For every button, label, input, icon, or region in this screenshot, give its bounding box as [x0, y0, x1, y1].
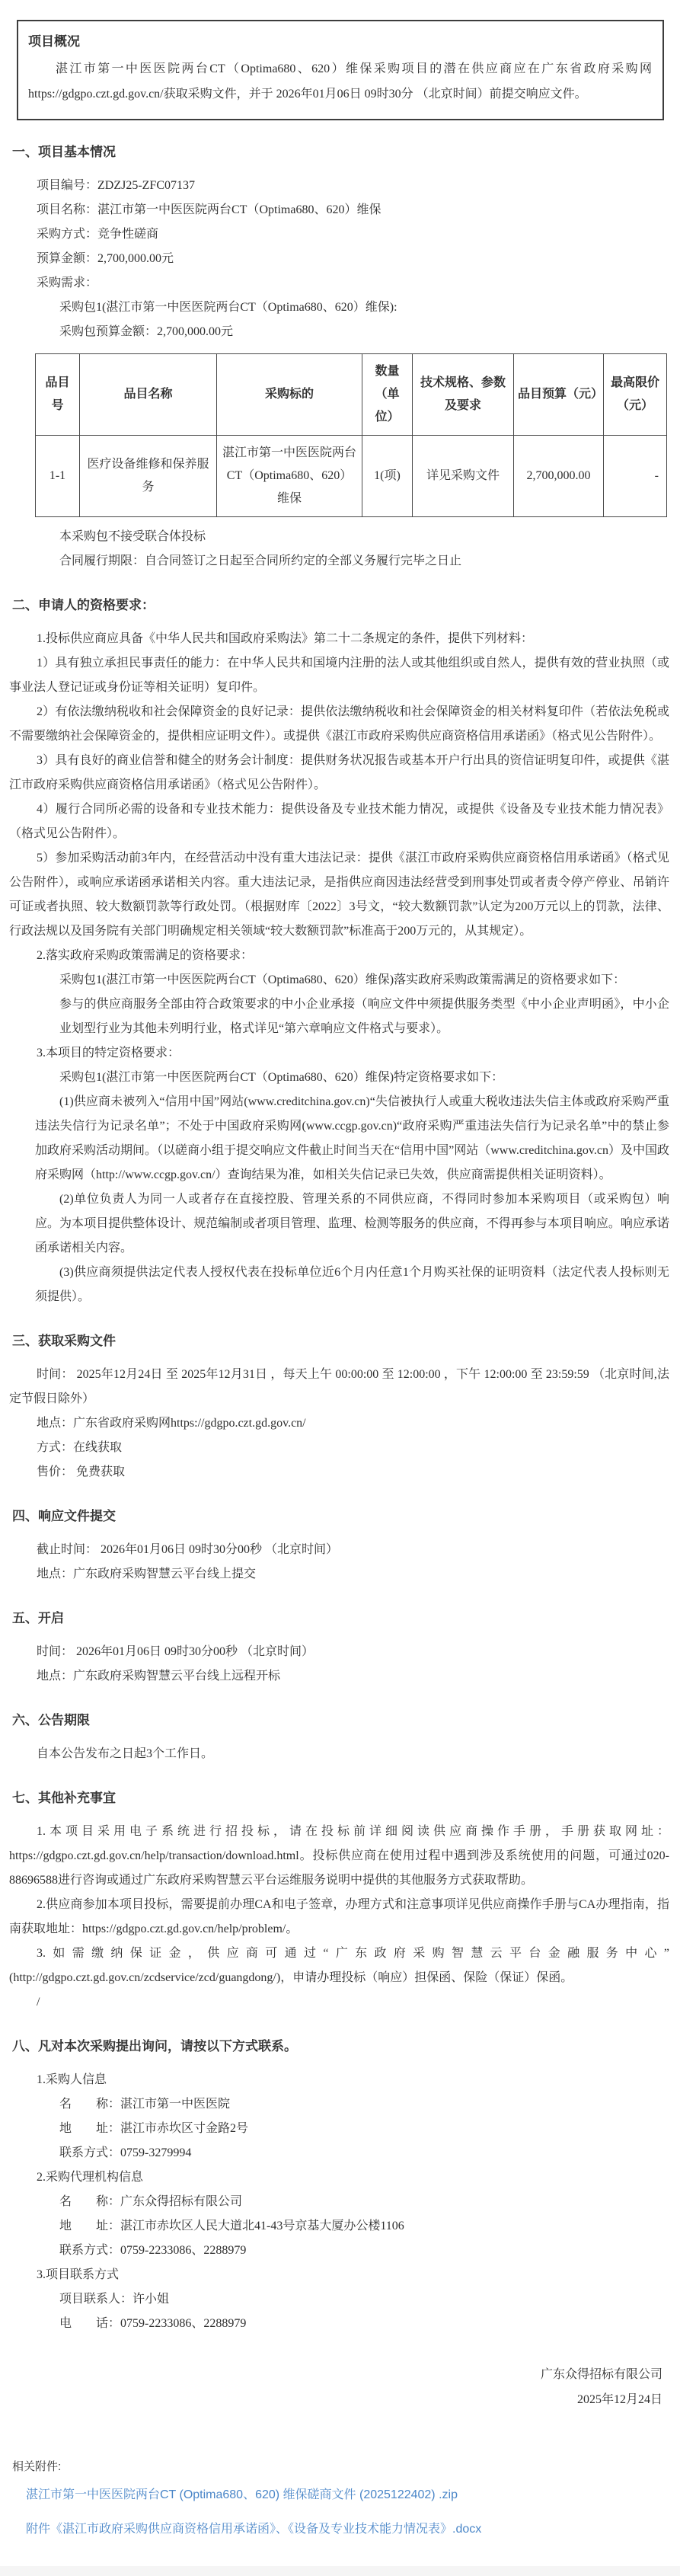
text-line: 参与的供应商服务全部由符合政策要求的中小企业承接（响应文件中须提供服务类型《中小… [9, 992, 669, 1041]
text-line: (1)供应商未被列入“信用中国”网站(www.creditchina.gov.c… [9, 1090, 669, 1187]
table-header-row: 品目号 品目名称 采购标的 数量（单位） 技术规格、参数及要求 品目预算（元） … [36, 354, 667, 436]
items-table: 品目号 品目名称 采购标的 数量（单位） 技术规格、参数及要求 品目预算（元） … [35, 353, 667, 517]
section-2-heading: 二、申请人的资格要求： [12, 596, 669, 615]
text-line: 项目编号：ZDZJ25-ZFC07137 [9, 174, 669, 198]
text-line: 联系方式：0759-3279994 [9, 2141, 669, 2165]
table-cell-budget: 2,700,000.00 [514, 436, 604, 517]
project-overview-box: 项目概况 湛江市第一中医医院两台CT（Optima680、620）维保采购项目的… [17, 20, 664, 120]
text-line: 采购方式：竞争性磋商 [9, 222, 669, 247]
text-line: 售价： 免费获取 [9, 1460, 669, 1485]
section-1-heading: 一、项目基本情况 [12, 143, 669, 161]
procurement-announcement-page: 项目概况 湛江市第一中医医院两台CT（Optima680、620）维保采购项目的… [0, 0, 680, 2576]
text-line: 3.本项目的特定资格要求： [9, 1041, 669, 1066]
section-opening: 五、开启 时间： 2026年01月06日 09时30分00秒 （北京时间）地点：… [0, 1609, 680, 1689]
table-header-cell: 品目名称 [80, 354, 217, 436]
section-8-heading: 八、凡对本次采购提出询问，请按以下方式联系。 [12, 2037, 669, 2056]
section-contact-info: 八、凡对本次采购提出询问，请按以下方式联系。 1.采购人信息名 称：湛江市第一中… [0, 2037, 680, 2336]
attachments-label: 相关附件: [12, 2456, 669, 2478]
text-line: 1.投标供应商应具备《中华人民共和国政府采购法》第二十二条规定的条件，提供下列材… [9, 627, 669, 651]
text-line: 采购包1(湛江市第一中医医院两台CT（Optima680、620）维保): [9, 296, 669, 320]
overview-title: 项目概况 [28, 30, 652, 53]
section-response-submission: 四、响应文件提交 截止时间： 2026年01月06日 09时30分00秒 （北京… [0, 1507, 680, 1587]
text-line: 1.本项目采用电子系统进行招投标，请在投标前详细阅读供应商操作手册，手册获取网址… [9, 1820, 669, 1893]
signature-date: 2025年12月24日 [0, 2387, 662, 2412]
section-1-lines-a: 项目编号：ZDZJ25-ZFC07137项目名称：湛江市第一中医医院两台CT（O… [0, 174, 680, 344]
text-line: 截止时间： 2026年01月06日 09时30分00秒 （北京时间） [9, 1538, 669, 1562]
section-7-heading: 七、其他补充事宜 [12, 1789, 669, 1807]
section-basic-info: 一、项目基本情况 项目编号：ZDZJ25-ZFC07137项目名称：湛江市第一中… [0, 143, 680, 574]
text-line: 时间： 2026年01月06日 09时30分00秒 （北京时间） [9, 1640, 669, 1664]
section-obtain-documents: 三、获取采购文件 时间： 2025年12月24日 至 2025年12月31日 ，… [0, 1332, 680, 1485]
text-line: 项目名称：湛江市第一中医医院两台CT（Optima680、620）维保 [9, 198, 669, 222]
section-1-lines-b: 本采购包不接受联合体投标合同履行期限：自合同签订之日起至合同所约定的全部义务履行… [0, 525, 680, 574]
text-line: 2.供应商参加本项目投标，需要提前办理CA和电子签章，办理方式和注意事项详见供应… [9, 1893, 669, 1942]
table-cell-subject: 湛江市第一中医医院两台CT（Optima680、620）维保 [217, 436, 362, 517]
table-cell-max-price: - [604, 436, 667, 517]
text-line: 2）有依法缴纳税收和社会保障资金的良好记录：提供依法缴纳税收和社会保障资金的相关… [9, 700, 669, 749]
section-4-heading: 四、响应文件提交 [12, 1507, 669, 1526]
text-line: 预算金额：2,700,000.00元 [9, 247, 669, 271]
signature-block: 广东众得招标有限公司 2025年12月24日 [0, 2362, 662, 2412]
table-header-cell: 采购标的 [217, 354, 362, 436]
text-line: 时间： 2025年12月24日 至 2025年12月31日 ，每天上午 00:0… [9, 1363, 669, 1411]
text-line: 地点：广东政府采购智慧云平台线上提交 [9, 1562, 669, 1587]
text-line: 地点：广东政府采购智慧云平台线上远程开标 [9, 1664, 669, 1689]
footer-band [0, 2566, 680, 2576]
table-row: 1-1 医疗设备维修和保养服务 湛江市第一中医医院两台CT（Optima680、… [36, 436, 667, 517]
section-applicant-qualifications: 二、申请人的资格要求： 1.投标供应商应具备《中华人民共和国政府采购法》第二十二… [0, 596, 680, 1309]
text-line: 自本公告发布之日起3个工作日。 [9, 1742, 669, 1766]
text-line: 3）具有良好的商业信誉和健全的财务会计制度：提供财务状况报告或基本开户行出具的资… [9, 749, 669, 797]
text-line: 3.项目联系方式 [9, 2263, 669, 2287]
overview-body: 湛江市第一中医医院两台CT（Optima680、620）维保采购项目的潜在供应商… [28, 56, 652, 107]
table-header-cell: 品目号 [36, 354, 80, 436]
table-cell-item-no: 1-1 [36, 436, 80, 517]
text-line: 3.如需缴纳保证金，供应商可通过“广东政府采购智慧云平台金融服务中心”(http… [9, 1942, 669, 1990]
text-line: 本采购包不接受联合体投标 [9, 525, 669, 549]
section-3-heading: 三、获取采购文件 [12, 1332, 669, 1350]
table-cell-spec: 详见采购文件 [413, 436, 514, 517]
table-cell-quantity: 1(项) [362, 436, 413, 517]
text-line: 4）履行合同所必需的设备和专业技术能力：提供设备及专业技术能力情况，或提供《设备… [9, 797, 669, 846]
text-line: 方式：在线获取 [9, 1436, 669, 1460]
text-line: 地 址：湛江市赤坎区寸金路2号 [9, 2117, 669, 2141]
section-other-matters: 七、其他补充事宜 1.本项目采用电子系统进行招投标，请在投标前详细阅读供应商操作… [0, 1789, 680, 2015]
text-line: 1.采购人信息 [9, 2068, 669, 2092]
signature-company: 广东众得招标有限公司 [0, 2362, 662, 2387]
attachments-block: 相关附件: 湛江市第一中医医院两台CT (Optima680、620) 维保磋商… [12, 2456, 669, 2546]
table-header-cell: 最高限价（元） [604, 354, 667, 436]
text-line: (2)单位负责人为同一人或者存在直接控股、管理关系的不同供应商，不得同时参加本采… [9, 1187, 669, 1261]
text-line: 2.落实政府采购政策需满足的资格要求： [9, 944, 669, 968]
text-line: 采购包1(湛江市第一中医医院两台CT（Optima680、620）维保)特定资格… [9, 1066, 669, 1090]
section-6-heading: 六、公告期限 [12, 1711, 669, 1730]
attachment-link-zip[interactable]: 湛江市第一中医医院两台CT (Optima680、620) 维保磋商文件 (20… [26, 2478, 669, 2512]
attachment-link-docx[interactable]: 附件《湛江市政府采购供应商资格信用承诺函》、《设备及专业技术能力情况表》.doc… [26, 2512, 669, 2546]
text-line: 项目联系人：许小姐 [9, 2287, 669, 2312]
text-line: 1）具有独立承担民事责任的能力：在中华人民共和国境内注册的法人或其他组织或自然人… [9, 651, 669, 700]
text-line: 名 称：湛江市第一中医医院 [9, 2092, 669, 2117]
text-line: 电 话：0759-2233086、2288979 [9, 2312, 669, 2336]
text-line: (3)供应商须提供法定代表人授权代表在投标单位近6个月内任意1个月购买社保的证明… [9, 1261, 669, 1309]
text-line: 地 址：湛江市赤坎区人民大道北41-43号京基大厦办公楼1106 [9, 2214, 669, 2239]
text-line: 联系方式：0759-2233086、2288979 [9, 2239, 669, 2263]
text-line: 合同履行期限：自合同签订之日起至合同所约定的全部义务履行完毕之日止 [9, 549, 669, 574]
text-line: 采购包1(湛江市第一中医医院两台CT（Optima680、620）维保)落实政府… [9, 968, 669, 992]
text-line: / [9, 1990, 669, 2015]
section-announcement-period: 六、公告期限 自本公告发布之日起3个工作日。 [0, 1711, 680, 1766]
section-5-heading: 五、开启 [12, 1609, 669, 1628]
table-cell-item-name: 医疗设备维修和保养服务 [80, 436, 217, 517]
table-header-cell: 品目预算（元） [514, 354, 604, 436]
text-line: 采购需求： [9, 271, 669, 296]
text-line: 采购包预算金额：2,700,000.00元 [9, 320, 669, 344]
text-line: 5）参加采购活动前3年内，在经营活动中没有重大违法记录：提供《湛江市政府采购供应… [9, 846, 669, 944]
table-header-cell: 数量（单位） [362, 354, 413, 436]
text-line: 名 称：广东众得招标有限公司 [9, 2190, 669, 2214]
text-line: 2.采购代理机构信息 [9, 2165, 669, 2190]
text-line: 地点：广东省政府采购网https://gdgpo.czt.gd.gov.cn/ [9, 1411, 669, 1436]
table-header-cell: 技术规格、参数及要求 [413, 354, 514, 436]
